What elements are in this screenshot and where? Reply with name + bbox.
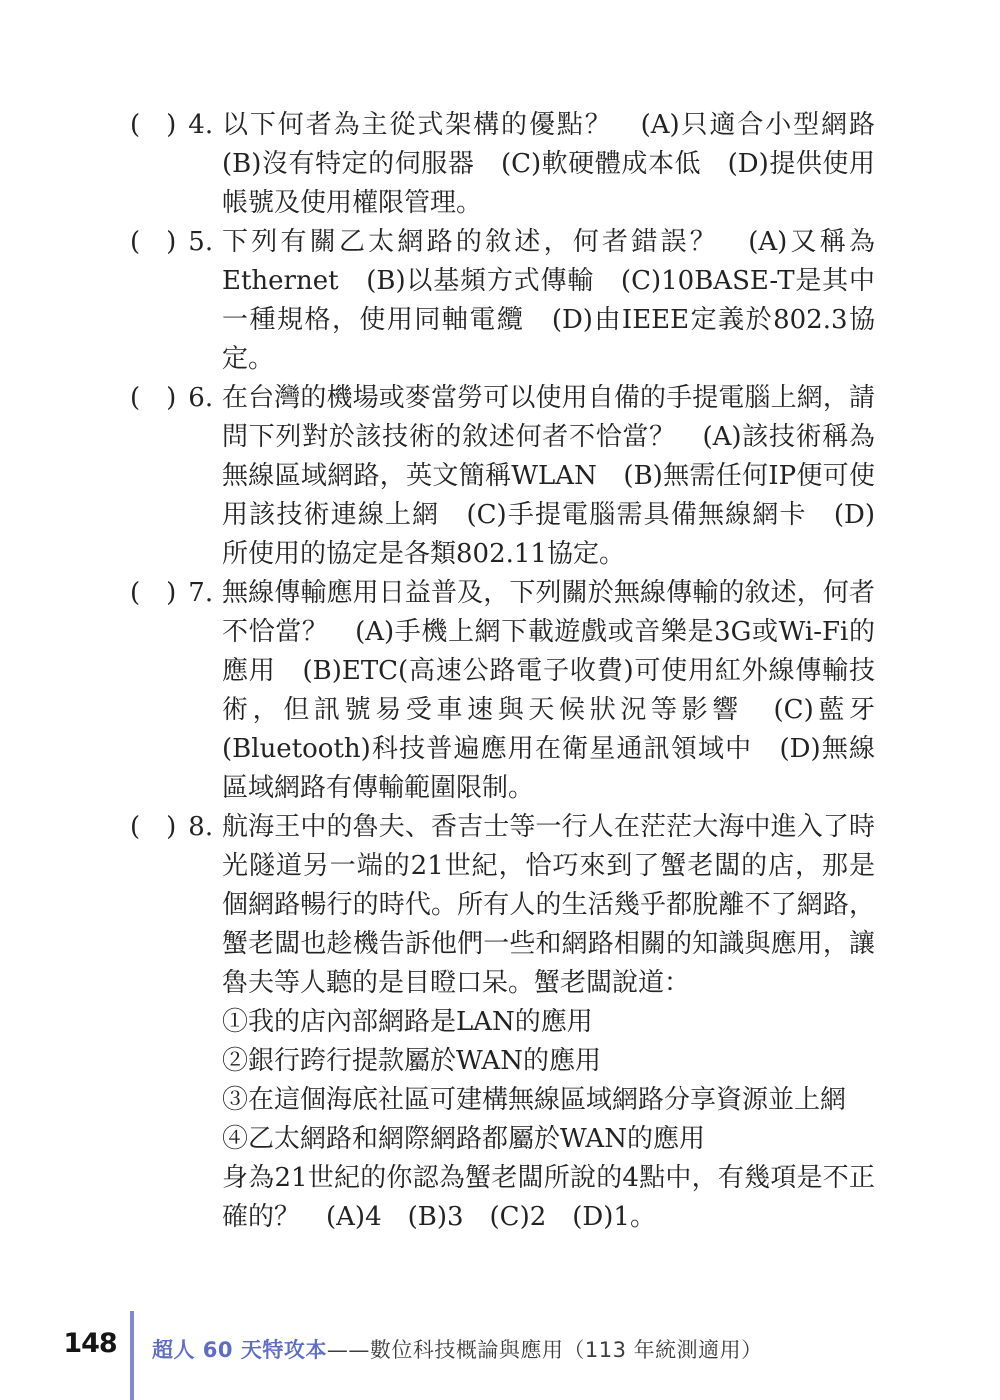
question-6-body: 在台灣的機場或麥當勞可以使用自備的手提電腦上網，請問下列對於該技術的敘述何者不恰… [222, 379, 875, 574]
question-number: 8. [188, 812, 213, 842]
answer-blank: ( ) [130, 383, 176, 413]
answer-blank: ( ) [130, 812, 176, 842]
question-8-item-4: ④乙太網路和網際網路都屬於WAN的應用 [222, 1120, 875, 1159]
question-5-marker: ( )5. [130, 223, 213, 262]
question-8-item-2: ②銀行跨行提款屬於WAN的應用 [222, 1042, 875, 1081]
question-8-intro: 航海王中的魯夫、香吉士等一行人在茫茫大海中進入了時光隧道另一端的21世紀，恰巧來… [222, 808, 875, 1003]
question-8-item-1: ①我的店內部網路是LAN的應用 [222, 1003, 875, 1042]
question-number: 7. [188, 578, 213, 608]
answer-blank: ( ) [130, 110, 176, 140]
answer-blank: ( ) [130, 578, 176, 608]
question-list: ( )4. 以下何者為主從式架構的優點？ (A)只適合小型網路 (B)沒有特定的… [130, 106, 875, 1237]
question-6: ( )6. 在台灣的機場或麥當勞可以使用自備的手提電腦上網，請問下列對於該技術的… [130, 379, 875, 574]
question-4-text: 以下何者為主從式架構的優點？ (A)只適合小型網路 (B)沒有特定的伺服器 (C… [222, 106, 875, 223]
question-8: ( )8. 航海王中的魯夫、香吉士等一行人在茫茫大海中進入了時光隧道另一端的21… [130, 808, 875, 1237]
question-5: ( )5. 下列有關乙太網路的敘述，何者錯誤？ (A)又稱為Ethernet (… [130, 223, 875, 379]
question-7-body: 無線傳輸應用日益普及，下列關於無線傳輸的敘述，何者不恰當？ (A)手機上網下載遊… [222, 574, 875, 808]
answer-blank: ( ) [130, 227, 176, 257]
question-4-marker: ( )4. [130, 106, 213, 145]
question-7-text: 無線傳輸應用日益普及，下列關於無線傳輸的敘述，何者不恰當？ (A)手機上網下載遊… [222, 574, 875, 808]
question-8-item-3: ③在這個海底社區可建構無線區域網路分享資源並上網 [222, 1081, 875, 1120]
question-4-body: 以下何者為主從式架構的優點？ (A)只適合小型網路 (B)沒有特定的伺服器 (C… [222, 106, 875, 223]
question-number: 6. [188, 383, 213, 413]
question-6-marker: ( )6. [130, 379, 213, 418]
question-5-text: 下列有關乙太網路的敘述，何者錯誤？ (A)又稱為Ethernet (B)以基頻方… [222, 223, 875, 379]
question-8-body: 航海王中的魯夫、香吉士等一行人在茫茫大海中進入了時光隧道另一端的21世紀，恰巧來… [222, 808, 875, 1237]
question-5-body: 下列有關乙太網路的敘述，何者錯誤？ (A)又稱為Ethernet (B)以基頻方… [222, 223, 875, 379]
footer-caption: 超人 60 天特攻本——數位科技概論與應用（113 年統測適用） [152, 1334, 763, 1364]
footer-divider-bar [130, 1311, 134, 1400]
question-8-conclusion: 身為21世紀的你認為蟹老闆所說的4點中，有幾項是不正確的？ (A)4 (B)3 … [222, 1159, 875, 1237]
question-4: ( )4. 以下何者為主從式架構的優點？ (A)只適合小型網路 (B)沒有特定的… [130, 106, 875, 223]
question-number: 4. [188, 110, 213, 140]
question-8-marker: ( )8. [130, 808, 213, 847]
question-number: 5. [188, 227, 213, 257]
page-number: 148 [60, 1328, 120, 1359]
footer-series-title: 超人 60 天特攻本 [152, 1338, 327, 1362]
footer-book-title: ——數位科技概論與應用（113 年統測適用） [327, 1338, 763, 1362]
question-7: ( )7. 無線傳輸應用日益普及，下列關於無線傳輸的敘述，何者不恰當？ (A)手… [130, 574, 875, 808]
question-6-text: 在台灣的機場或麥當勞可以使用自備的手提電腦上網，請問下列對於該技術的敘述何者不恰… [222, 379, 875, 574]
question-7-marker: ( )7. [130, 574, 213, 613]
